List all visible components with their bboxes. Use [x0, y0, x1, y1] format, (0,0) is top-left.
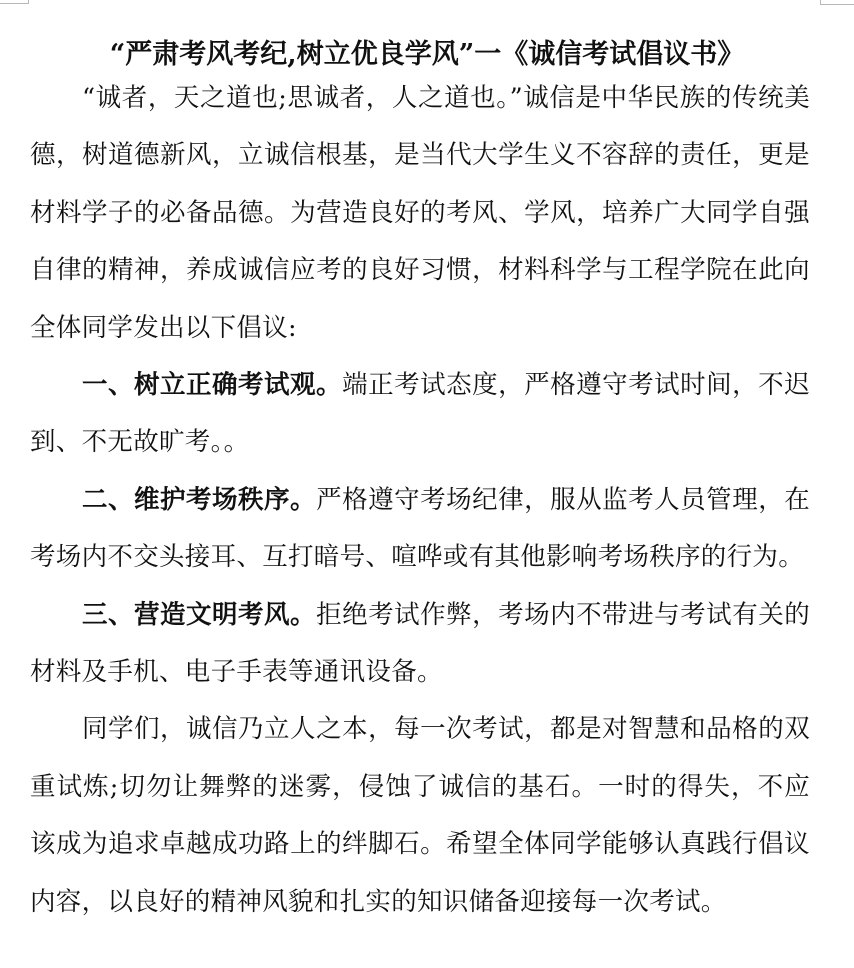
closing-paragraph: 同学们，诚信乃立人之本，每一次考试，都是对智慧和品格的双重试炼;切勿让舞弊的迷雾… [30, 701, 810, 931]
proposal-item-2: 二、维护考场秩序。严格遵守考场纪律，服从监考人员管理，在考场内不交头接耳、互打暗… [30, 472, 810, 587]
page-corner-mark-top-left [0, 0, 29, 4]
proposal-item-heading: 二、维护考场秩序。 [82, 485, 316, 515]
proposal-item-3: 三、营造文明考风。拒绝考试作弊，考场内不带进与考试有关的材料及手机、电子手表等通… [30, 587, 810, 702]
page-corner-mark-top-right [820, 0, 854, 5]
proposal-item-1: 一、树立正确考试观。端正考试态度，严格遵守考试时间，不迟到、不无故旷考。。 [30, 357, 810, 472]
document-body: “诚者，天之道也;思诚者，人之道也。”诚信是中华民族的传统美德，树道德新风，立诚… [30, 70, 810, 931]
intro-paragraph: “诚者，天之道也;思诚者，人之道也。”诚信是中华民族的传统美德，树道德新风，立诚… [30, 70, 810, 357]
paragraph-text: “诚者，天之道也;思诚者，人之道也。”诚信是中华民族的传统美德，树道德新风，立诚… [30, 83, 810, 343]
proposal-item-heading: 一、树立正确考试观。 [82, 370, 342, 400]
paragraph-text: 同学们，诚信乃立人之本，每一次考试，都是对智慧和品格的双重试炼;切勿让舞弊的迷雾… [30, 714, 810, 916]
proposal-item-heading: 三、营造文明考风。 [82, 600, 316, 630]
document-title: “严肃考风考纪,树立优良学风”一《诚信考试倡议书》 [0, 32, 854, 71]
